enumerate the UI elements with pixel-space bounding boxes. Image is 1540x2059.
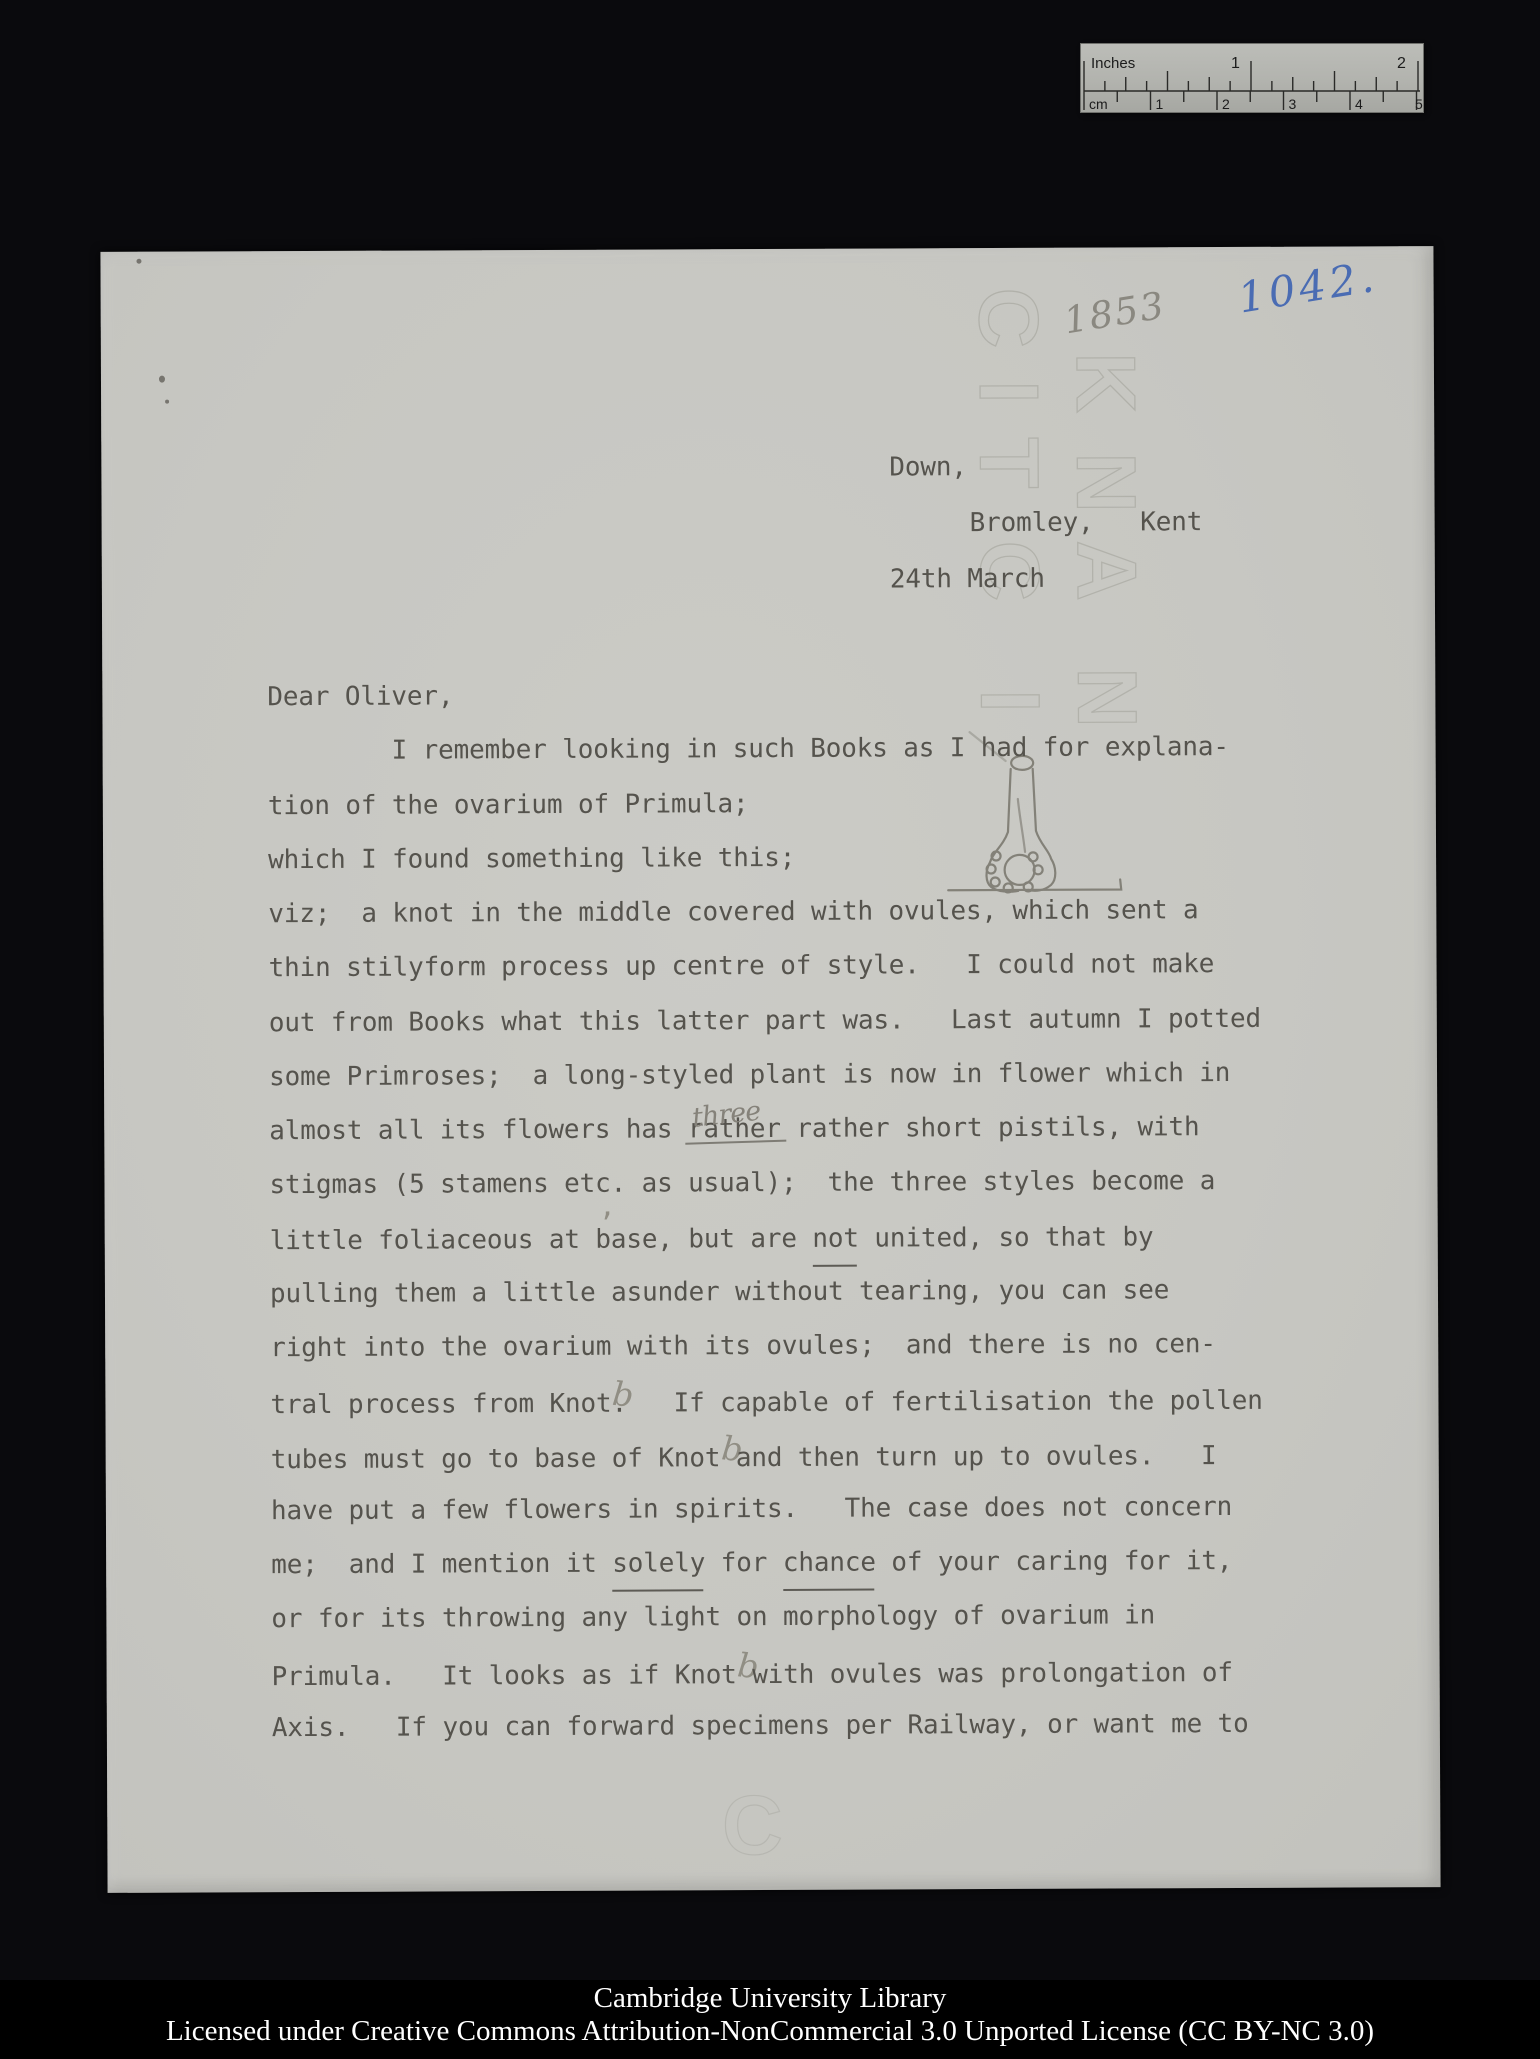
svg-text:3: 3 <box>1289 96 1297 112</box>
svg-text:1: 1 <box>1156 96 1164 112</box>
svg-text:C: C <box>722 1778 783 1872</box>
svg-text:2: 2 <box>1222 96 1230 112</box>
pencil-year-annotation: 1853 <box>1061 284 1169 343</box>
svg-text:4: 4 <box>1355 96 1363 112</box>
letter-body: Dear Oliver, I remember looking in such … <box>267 666 1264 1755</box>
address-line-bromley-kent: Bromley, Kent <box>970 507 1203 538</box>
letter-line: right into the ovarium with its ovules; … <box>270 1317 1262 1376</box>
svg-text:A: A <box>1060 540 1154 601</box>
foxing-speck <box>159 376 165 383</box>
address-line-down: Down, <box>889 452 967 482</box>
letter-line: little foliaceous at ʼbase, but are not … <box>270 1208 1262 1267</box>
letter-line: tion of the ovarium of Primula; <box>268 774 1260 833</box>
ruler-inch-number-2: 2 <box>1397 55 1406 72</box>
measurement-ruler: Inches 1 2 cm 12345 <box>1081 44 1423 112</box>
library-credit: Cambridge University Library <box>0 1982 1540 2015</box>
ruler-scale-graphic: Inches 1 2 cm 12345 <box>1081 44 1423 112</box>
svg-text:T: T <box>962 437 1056 489</box>
letter-line: Axis. If you can forward specimens per R… <box>272 1697 1264 1756</box>
letter-line: tubes must go to base of Knotb and then … <box>271 1425 1263 1484</box>
letter-line: tral process from Knotb. If capable of f… <box>270 1371 1262 1430</box>
letter-line: thin stilyform process up centre of styl… <box>268 937 1260 996</box>
license-text: Licensed under Creative Commons Attribut… <box>0 2015 1540 2048</box>
license-footer: Cambridge University Library Licensed un… <box>0 1980 1540 2059</box>
letter-line: or for its throwing any light on morphol… <box>271 1588 1263 1647</box>
foxing-speck <box>165 400 169 404</box>
letter-line: which I found something like this; <box>268 829 1260 888</box>
letter-line: I remember looking in such Books as I ha… <box>267 720 1259 779</box>
ruler-cm-label: cm <box>1089 96 1108 112</box>
ruler-inches-label: Inches <box>1091 55 1135 72</box>
letter-line: pulling them a little asunder without te… <box>270 1263 1262 1322</box>
letter-line: Dear Oliver, <box>267 666 1259 725</box>
scanned-letter-page: Inches 1 2 cm 12345 CITCIKNAN 1042. 1853… <box>0 0 1540 2059</box>
letter-line: stigmas (5 stamens etc. as usual); the t… <box>269 1154 1261 1213</box>
foxing-speck <box>136 259 141 264</box>
svg-text:K: K <box>1059 352 1153 413</box>
address-line-date: 24th March <box>890 564 1045 595</box>
letter-line: out from Books what this latter part was… <box>269 991 1261 1050</box>
letter-line: some Primroses; a long-styled plant is n… <box>269 1046 1261 1105</box>
archival-number-ink: 1042. <box>1235 252 1381 323</box>
letter-line: have put a few flowers in spirits. The c… <box>271 1480 1263 1539</box>
letter-line: viz; a knot in the middle covered with o… <box>268 883 1260 942</box>
svg-text:C: C <box>962 287 1056 348</box>
svg-text:I: I <box>962 380 1056 404</box>
pencil-insertion: three <box>689 1085 763 1146</box>
ruler-inch-number-1: 1 <box>1231 55 1240 72</box>
letter-line: me; and I mention it solely for chance o… <box>271 1534 1263 1593</box>
svg-text:5: 5 <box>1415 96 1423 112</box>
letter-line: almost all its flowers has ratherthree r… <box>269 1100 1261 1159</box>
svg-text:N: N <box>1059 452 1153 513</box>
letter-line: Primula. It looks as if Knotb with ovule… <box>272 1642 1264 1701</box>
letter-paper: CITCIKNAN 1042. 1853 Down, Bromley, Kent… <box>100 246 1440 1893</box>
